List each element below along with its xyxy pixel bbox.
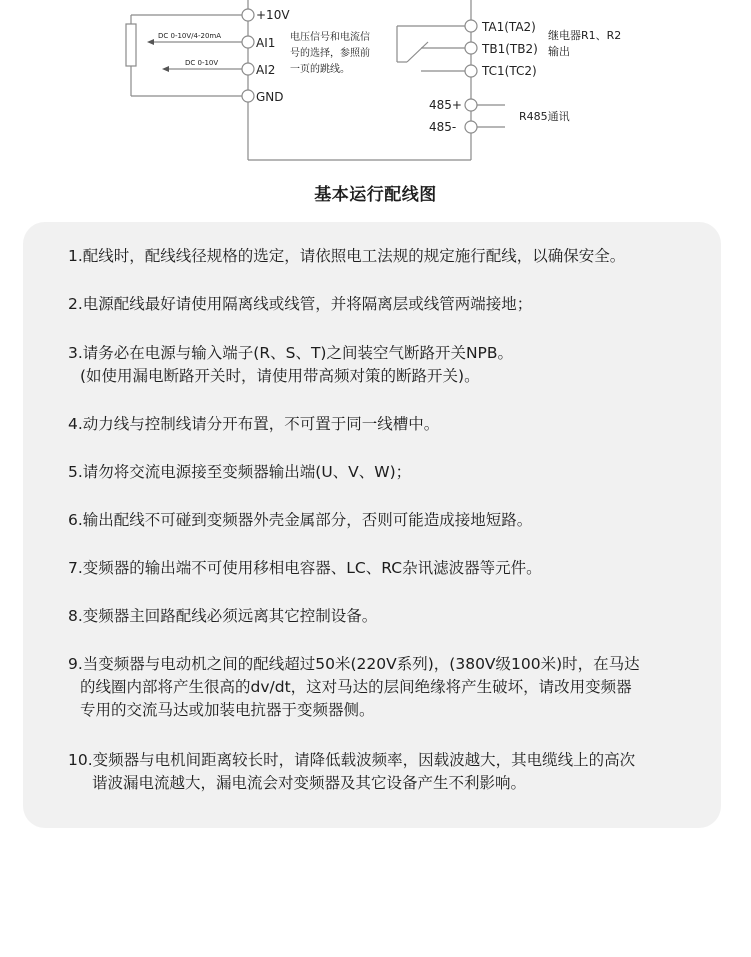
note-line: 8.变频器主回路配线必须远离其它控制设备。 (68, 605, 708, 628)
note-line: 的线圈内部将产生很高的dv/dt，这对马达的层间绝缘将产生破坏，请改用变频器 (68, 676, 708, 699)
note-line: 专用的交流马达或加装电抗器于变频器侧。 (68, 699, 708, 722)
analog-selection-note: 电压信号和电流信号的选择，参照前一页的跳线。 (290, 30, 378, 78)
note-item-8: 8.变频器主回路配线必须远离其它控制设备。 (68, 605, 708, 628)
note-item-2: 2.电源配线最好请使用隔离线或线管，并将隔离层或线管两端接地； (68, 293, 708, 316)
note-line: 3.请务必在电源与输入端子(R、S、T)之间装空气断路开关NPB。 (68, 342, 708, 365)
terminal-label-10v: +10V (256, 8, 290, 22)
note-line: 1.配线时，配线线径规格的选定，请依照电工法规的规定施行配线，以确保安全。 (68, 245, 708, 268)
note-item-4: 4.动力线与控制线请分开布置，不可置于同一线槽中。 (68, 413, 708, 436)
terminal-label-485-minus: 485- (429, 120, 456, 134)
note-line: 2.电源配线最好请使用隔离线或线管，并将隔离层或线管两端接地； (68, 293, 708, 316)
terminal-label-485-plus: 485+ (429, 98, 462, 112)
note-item-1: 1.配线时，配线线径规格的选定，请依照电工法规的规定施行配线，以确保安全。 (68, 245, 708, 268)
ai2-signal-label: DC 0-10V (185, 59, 218, 68)
terminal-label-ai2: AI2 (256, 63, 275, 77)
rs485-note: R485通讯 (519, 110, 570, 124)
note-item-6: 6.输出配线不可碰到变频器外壳金属部分，否则可能造成接地短路。 (68, 509, 708, 532)
note-line: (如使用漏电断路开关时，请使用带高频对策的断路开关)。 (68, 365, 708, 388)
terminal-label-ta: TA1(TA2) (482, 20, 536, 34)
note-line: 9.当变频器与电动机之间的配线超过50米(220V系列)，(380V级100米)… (68, 653, 708, 676)
note-line: 谐波漏电流越大，漏电流会对变频器及其它设备产生不利影响。 (68, 772, 708, 795)
note-line: 6.输出配线不可碰到变频器外壳金属部分，否则可能造成接地短路。 (68, 509, 708, 532)
note-line: 4.动力线与控制线请分开布置，不可置于同一线槽中。 (68, 413, 708, 436)
note-item-10: 10.变频器与电机间距离较长时，请降低载波频率，因载波越大，其电缆线上的高次 谐… (68, 749, 708, 795)
wiring-diagram: +10V AI1 AI2 GND DC 0-10V/4-20mA DC 0-10… (0, 0, 751, 170)
note-item-9: 9.当变频器与电动机之间的配线超过50米(220V系列)，(380V级100米)… (68, 653, 708, 722)
terminal-label-tb: TB1(TB2) (482, 42, 538, 56)
terminal-label-ai1: AI1 (256, 36, 275, 50)
relay-output-note: 继电器R1、R2输出 (548, 28, 632, 60)
note-item-7: 7.变频器的输出端不可使用移相电容器、LC、RC杂讯滤波器等元件。 (68, 557, 708, 580)
ai1-signal-label: DC 0-10V/4-20mA (158, 32, 221, 41)
terminal-label-gnd: GND (256, 90, 284, 104)
note-item-5: 5.请勿将交流电源接至变频器输出端(U、V、W)； (68, 461, 708, 484)
diagram-title: 基本运行配线图 (0, 180, 751, 205)
note-line: 10.变频器与电机间距离较长时，请降低载波频率，因载波越大，其电缆线上的高次 (68, 749, 708, 772)
note-line: 7.变频器的输出端不可使用移相电容器、LC、RC杂讯滤波器等元件。 (68, 557, 708, 580)
note-item-3: 3.请务必在电源与输入端子(R、S、T)之间装空气断路开关NPB。 (如使用漏电… (68, 342, 708, 388)
wiring-lines (0, 0, 751, 170)
note-line: 5.请勿将交流电源接至变频器输出端(U、V、W)； (68, 461, 708, 484)
terminal-label-tc: TC1(TC2) (482, 64, 537, 78)
